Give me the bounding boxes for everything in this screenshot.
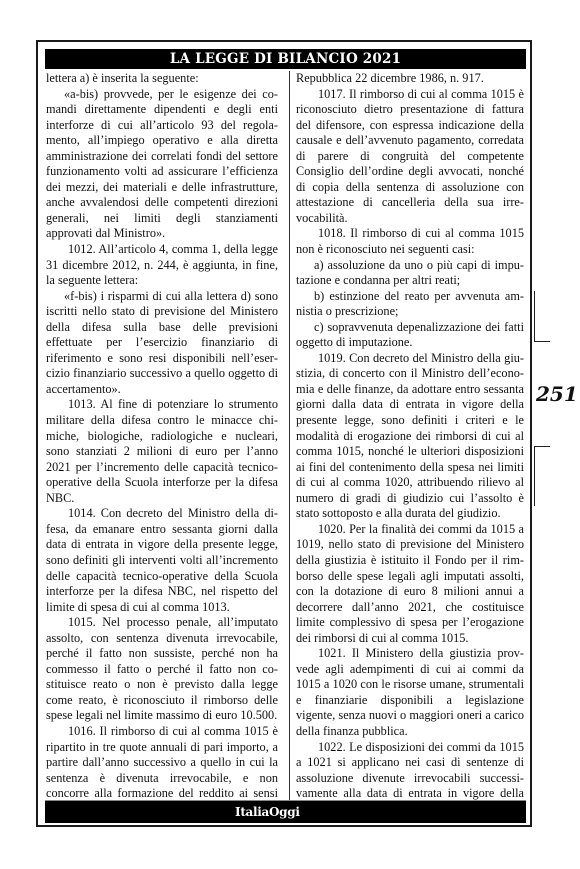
page-frame: LA LEGGE DI BILANCIO 2021 lettera a) è i…	[36, 40, 532, 827]
paragraph: «f-bis) i risparmi di cui alla lettera d…	[46, 289, 278, 398]
paragraph-1019: 1019. Con decreto del Ministro della giu…	[296, 351, 524, 522]
page-number: 251	[536, 382, 580, 406]
paragraph-1015: 1015. Nel processo penale, all’imputato …	[46, 615, 278, 724]
paragraph-1017: 1017. Il rimborso di cui al comma 1015 è…	[296, 87, 524, 227]
paragraph-1014: 1014. Con decreto del Ministro della di­…	[46, 506, 278, 615]
column-divider	[289, 71, 290, 801]
section-title: LA LEGGE DI BILANCIO 2021	[170, 51, 401, 67]
publisher-logo: ItaliaOggi	[235, 801, 300, 823]
section-header: LA LEGGE DI BILANCIO 2021	[45, 49, 526, 69]
paragraph-1018: 1018. Il rimborso di cui al comma 1015 n…	[296, 226, 524, 257]
footer-bar: ItaliaOggi	[45, 800, 526, 823]
paragraph-1013: 1013. Al fine di potenziare lo strumento…	[46, 397, 278, 506]
paragraph-1020: 1020. Per la finalità dei commi da 1015 …	[296, 522, 524, 646]
right-text-column: Repubblica 22 dicembre 1986, n. 917. 101…	[296, 71, 524, 801]
paragraph-1016: 1016. Il rimborso di cui al comma 1015 è…	[46, 724, 278, 801]
list-item-a: a) assoluzione da uno o più capi di impu…	[296, 258, 524, 289]
list-item-b: b) estinzione del reato per avvenuta am­…	[296, 289, 524, 320]
paragraph-1022: 1022. Le disposizioni dei commi da 1015 …	[296, 740, 524, 801]
paragraph-1012: 1012. All’articolo 4, comma 1, della leg…	[46, 242, 278, 289]
list-item-c: c) sopravvenuta depenalizzazione dei fat…	[296, 320, 524, 351]
paragraph: lettera a) è inserita la seguente:	[46, 71, 278, 87]
paragraph: «a-bis) provvede, per le esigenze dei co…	[46, 87, 278, 242]
paragraph: Repubblica 22 dicembre 1986, n. 917.	[296, 71, 524, 87]
paragraph-1021: 1021. Il Ministero della giustizia prov­…	[296, 646, 524, 739]
left-text-column: lettera a) è inserita la seguente: «a-bi…	[46, 71, 278, 801]
